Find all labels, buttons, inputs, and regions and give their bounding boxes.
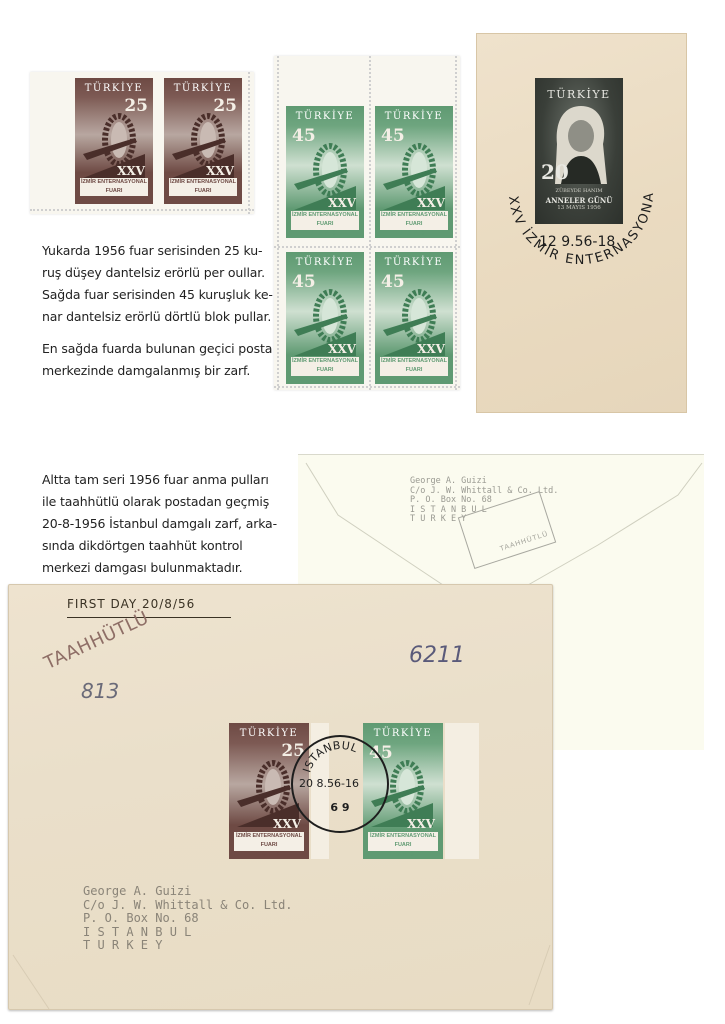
- stamp-25-left: TÜRKİYE 25 XXV İZMİR ENTERNASYONAL FUARI…: [75, 78, 153, 204]
- mothers-day-cover: TÜRKİYE 20 ZÜBEYDE HANIM ANNELER GÜNÜ 13…: [476, 33, 687, 413]
- stamp-country: TÜRKİYE: [286, 111, 364, 122]
- stamp-fair-band: İZMİR ENTERNASYONAL FUARI1956: [380, 211, 448, 230]
- stamp-45-bottom-right: TÜRKİYE 45 XXV İZMİR ENTERNASYONAL FUARI…: [375, 252, 453, 384]
- stamp-fair-band: İZMİR ENTERNASYONAL FUARI1956: [80, 178, 148, 196]
- stamp-anniversary: XXV: [206, 164, 234, 178]
- stamp-fair-band: İZMİR ENTERNASYONAL FUARI1956: [169, 178, 237, 196]
- stamp-fair-band: İZMİR ENTERNASYONAL FUARI1956: [291, 211, 359, 230]
- stamp-45-top-right: TÜRKİYE 45 XXV İZMİR ENTERNASYONAL FUARI…: [375, 106, 453, 238]
- svg-text:XXV İZMİR ENTERNASYONAL FUARI: XXV İZMİR ENTERNASYONAL FUARI: [491, 164, 657, 268]
- caption-top: Yukarda 1956 fuar serisinden 25 ku- ruş …: [42, 240, 273, 328]
- postmark-date: 12 9.56-18: [539, 234, 615, 250]
- stamp-25-right: TÜRKİYE 25 XXV İZMİR ENTERNASYONAL FUARI…: [164, 78, 242, 204]
- caption-middle: En sağda fuarda bulunan geçici posta mer…: [42, 338, 272, 382]
- stamp-anniversary: XXV: [417, 196, 445, 210]
- stamp-country: TÜRKİYE: [286, 257, 364, 268]
- envelope-fold-lines: [9, 585, 554, 1011]
- izmir-fair-postmark: XXV İZMİR ENTERNASYONAL FUARI: [491, 164, 671, 294]
- stamp-45-top-left: TÜRKİYE 45 XXV İZMİR ENTERNASYONAL FUARI…: [286, 106, 364, 238]
- stamp-country: TÜRKİYE: [75, 83, 153, 94]
- front-cover: FIRST DAY 20/8/56 TAAHHÜTLÜ 813 6211 TÜR…: [8, 584, 553, 1010]
- stamp-anniversary: XXV: [328, 196, 356, 210]
- caption-bottom: Altta tam seri 1956 fuar anma pulları il…: [42, 469, 277, 579]
- stamp-anniversary: XXV: [117, 164, 145, 178]
- stamp-fair-band: İZMİR ENTERNASYONAL FUARI1956: [291, 357, 359, 376]
- stamp-country: TÜRKİYE: [375, 111, 453, 122]
- brown-pair-sheet: TÜRKİYE 25 XXV İZMİR ENTERNASYONAL FUARI…: [30, 72, 254, 214]
- stamp-fair-band: İZMİR ENTERNASYONAL FUARI1956: [380, 357, 448, 376]
- stamp-anniversary: XXV: [417, 342, 445, 356]
- stamp-country: TÜRKİYE: [164, 83, 242, 94]
- stamp-country: TÜRKİYE: [535, 88, 623, 101]
- green-block-sheet: TÜRKİYE 45 XXV İZMİR ENTERNASYONAL FUARI…: [274, 56, 460, 390]
- stamp-anniversary: XXV: [328, 342, 356, 356]
- stamp-45-bottom-left: TÜRKİYE 45 XXV İZMİR ENTERNASYONAL FUARI…: [286, 252, 364, 384]
- stamp-country: TÜRKİYE: [375, 257, 453, 268]
